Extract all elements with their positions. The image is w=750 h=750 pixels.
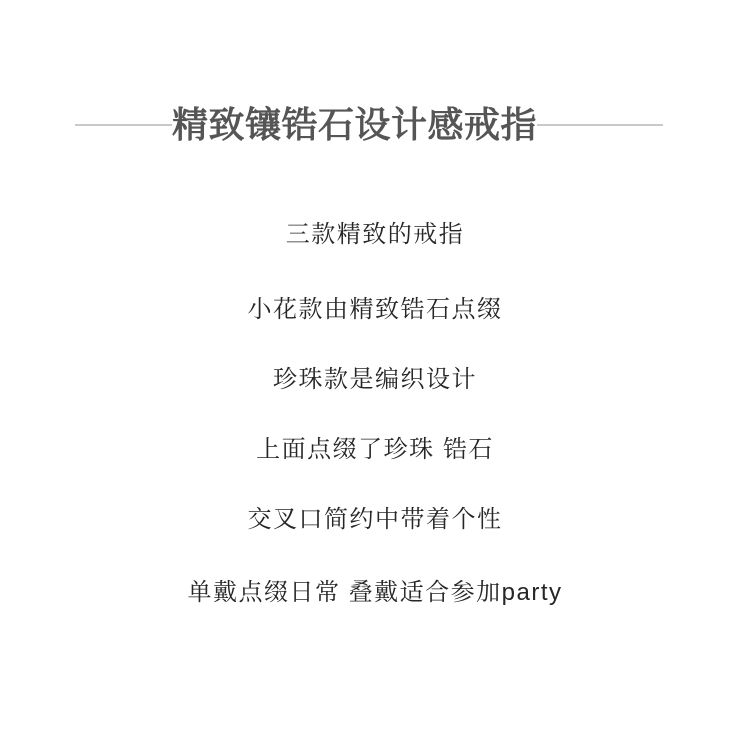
description-line: 三款精致的戒指 [0,221,750,249]
section-title: 精致镶锆石设计感戒指 [172,104,537,146]
description-line: 珍珠款是编织设计 [0,366,750,394]
description-line: 单戴点缀日常 叠戴适合参加party [0,579,750,607]
description-line: 交叉口简约中带着个性 [0,506,750,534]
description-line: 小花款由精致锆石点缀 [0,296,750,324]
section-header: 精致镶锆石设计感戒指 [0,104,744,146]
product-description-page: 精致镶锆石设计感戒指 三款精致的戒指 小花款由精致锆石点缀 珍珠款是编织设计 上… [0,0,750,750]
description-line: 上面点缀了珍珠 锆石 [0,436,750,464]
divider-right [537,124,663,126]
divider-left [75,124,172,126]
